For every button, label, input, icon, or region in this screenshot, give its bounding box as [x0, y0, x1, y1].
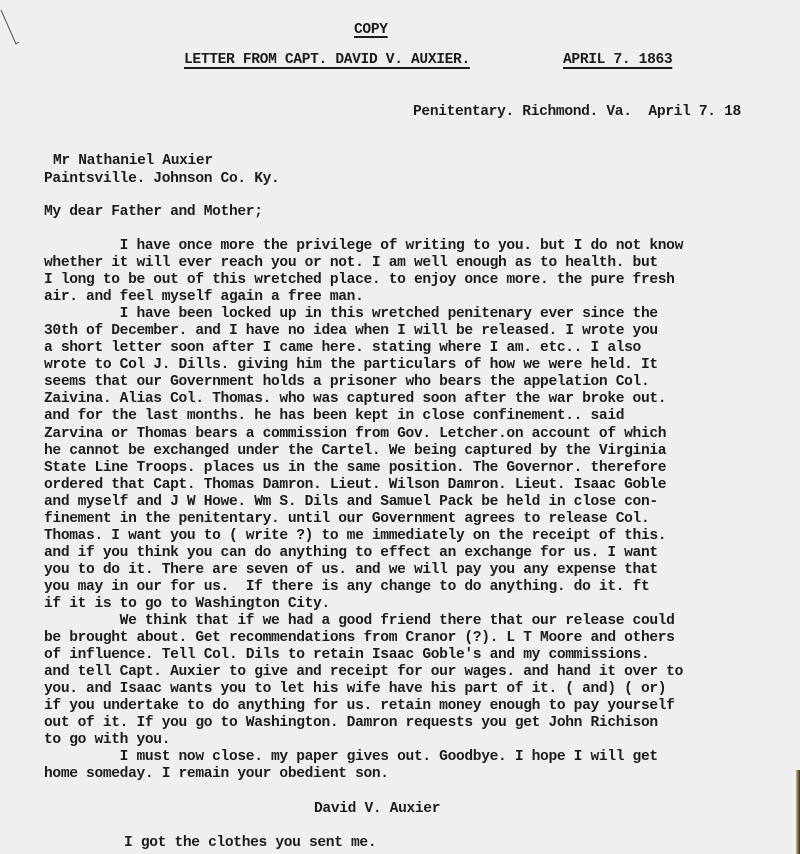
letter-title: LETTER FROM CAPT. DAVID V. AUXIER. [184, 52, 470, 69]
body-line: We think that if we had a good friend th… [44, 613, 683, 630]
body-line: finement in the penitentary. until our G… [44, 511, 683, 528]
salutation: My dear Father and Mother; [44, 204, 263, 221]
body-line: be brought about. Get recommendations fr… [44, 630, 683, 647]
body-line: you. and Isaac wants you to let his wife… [44, 681, 683, 698]
body-line: and myself and J W Howe. Wm S. Dils and … [44, 494, 683, 511]
body-line: I have once more the privilege of writin… [44, 238, 683, 255]
recipient-name: Mr Nathaniel Auxier [53, 153, 213, 170]
body-line: Zarvina or Thomas bears a commission fro… [44, 426, 683, 443]
pencil-mark-icon [0, 8, 22, 48]
body-line: Thomas. I want you to ( write ?) to me i… [44, 528, 683, 545]
body-line: a short letter soon after I came here. s… [44, 340, 683, 357]
body-line: you may in our for us. If there is any c… [44, 579, 683, 596]
body-line: and for the last months. he has been kep… [44, 408, 683, 425]
body-line: I must now close. my paper gives out. Go… [44, 749, 683, 766]
place-and-date: Penitentary. Richmond. Va. April 7. 18 [413, 104, 741, 121]
postscript: I got the clothes you sent me. [124, 835, 376, 852]
body-line: home someday. I remain your obedient son… [44, 766, 683, 783]
body-line: you to do it. There are seven of us. and… [44, 562, 683, 579]
copy-heading: COPY [354, 22, 388, 39]
body-line: out of it. If you go to Washington. Damr… [44, 715, 683, 732]
body-line: if you undertake to do anything for us. … [44, 698, 683, 715]
recipient-address: Paintsville. Johnson Co. Ky. [44, 171, 279, 188]
body-line: I long to be out of this wretched place.… [44, 272, 683, 289]
letter-body: I have once more the privilege of writin… [44, 238, 683, 784]
body-line: seems that our Government holds a prison… [44, 374, 683, 391]
body-line: ordered that Capt. Thomas Damron. Lieut.… [44, 477, 683, 494]
body-line: he cannot be exchanged under the Cartel.… [44, 443, 683, 460]
body-line: wrote to Col J. Dills. giving him the pa… [44, 357, 683, 374]
body-line: to go with you. [44, 732, 683, 749]
body-line: 30th of December. and I have no idea whe… [44, 323, 683, 340]
scanned-letter-page: COPY LETTER FROM CAPT. DAVID V. AUXIER. … [0, 0, 800, 854]
body-line: State Line Troops. places us in the same… [44, 460, 683, 477]
body-line: Zaivina. Alias Col. Thomas. who was capt… [44, 391, 683, 408]
body-line: if it is to go to Washington City. [44, 596, 683, 613]
letter-heading-date: APRIL 7. 1863 [563, 52, 672, 69]
signature: David V. Auxier [314, 801, 440, 818]
body-line: of influence. Tell Col. Dils to retain I… [44, 647, 683, 664]
scan-edge [796, 770, 800, 854]
body-line: I have been locked up in this wretched p… [44, 306, 683, 323]
body-line: and if you think you can do anything to … [44, 545, 683, 562]
body-line: air. and feel myself again a free man. [44, 289, 683, 306]
body-line: and tell Capt. Auxier to give and receip… [44, 664, 683, 681]
body-line: whether it will ever reach you or not. I… [44, 255, 683, 272]
